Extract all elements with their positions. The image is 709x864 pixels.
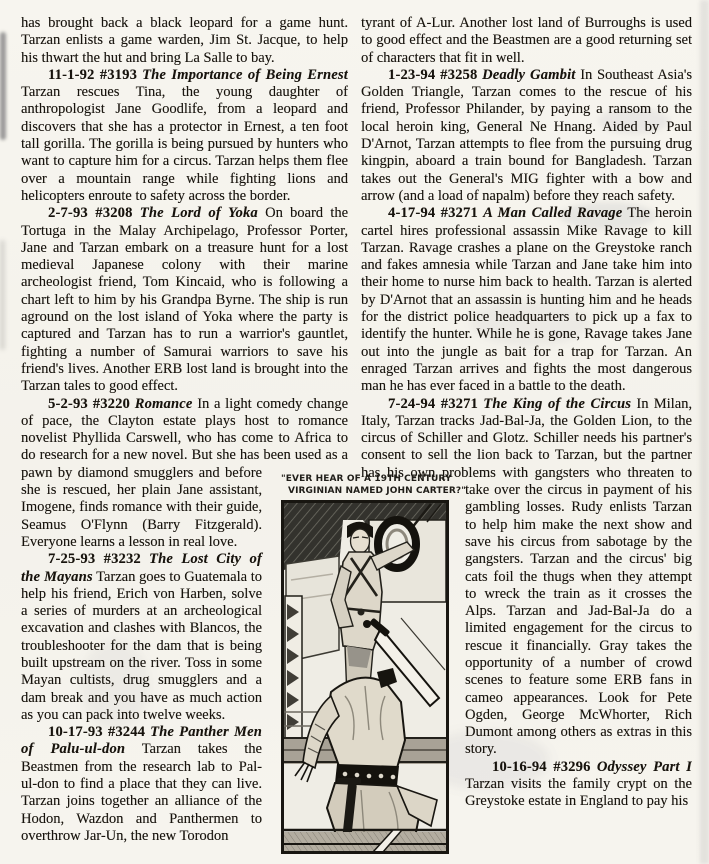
- entry-date: 7-24-94 #3271: [388, 396, 478, 412]
- entry-title: The King of the Circus: [483, 396, 631, 412]
- entry-title: The Lord of Yoka: [140, 205, 258, 221]
- continuation-paragraph: tyrant of A-Lur. Another lost land of Bu…: [361, 15, 692, 67]
- story-entry: 4-17-94 #3271 A Man Called Ravage The he…: [361, 205, 692, 395]
- entry-date: 10-16-94 #3296: [492, 759, 591, 775]
- entry-body: The heroin cartel hires professional ass…: [361, 205, 692, 394]
- entry-body: In Southeast Asia's Golden Triangle, Tar…: [361, 67, 692, 204]
- entry-date: 1-23-94 #3258: [388, 67, 477, 83]
- story-entry: 1-23-94 #3258 Deadly Gambit In Southeast…: [361, 67, 692, 205]
- scan-edge-mark: [700, 0, 709, 864]
- scan-edge-mark: [0, 32, 6, 140]
- figure-caption: "EVER HEAR OF A 19TH CENTURY VIRGINIAN N…: [281, 474, 451, 497]
- continuation-paragraph: has brought back a black leopard for a g…: [21, 15, 348, 67]
- comic-panel-illustration: [281, 500, 449, 854]
- entry-title: Romance: [135, 396, 193, 412]
- entry-title: A Man Called Ravage: [483, 205, 622, 221]
- entry-title: Deadly Gambit: [482, 67, 575, 83]
- entry-title: The Importance of Being Ernest: [142, 67, 348, 83]
- entry-body: Tarzan goes to Guatemala to help his fri…: [21, 569, 262, 723]
- entry-body: Tarzan rescues Tina, the young daughter …: [21, 84, 348, 204]
- entry-body: Tarzan visits the family crypt on the Gr…: [465, 776, 692, 809]
- entry-date: 5-2-93 #3220: [48, 396, 130, 412]
- john-carter-comic-figure: "EVER HEAR OF A 19TH CENTURY VIRGINIAN N…: [281, 474, 451, 854]
- entry-date: 7-25-93 #3232: [48, 551, 141, 567]
- entry-title: Odyssey Part I: [597, 759, 692, 775]
- story-entry: 2-7-93 #3208 The Lord of Yoka On board t…: [21, 205, 348, 395]
- story-entry: 11-1-92 #3193 The Importance of Being Er…: [21, 67, 348, 205]
- entry-body: On board the Tortuga in the Malay Archip…: [21, 205, 348, 394]
- entry-date: 11-1-92 #3193: [48, 67, 137, 83]
- entry-date: 10-17-93 #3244: [48, 724, 145, 740]
- entry-date: 4-17-94 #3271: [388, 205, 478, 221]
- figure-caption-line1: "EVER HEAR OF A 19TH CENTURY: [281, 474, 451, 486]
- scanned-newsletter-page: has brought back a black leopard for a g…: [0, 0, 709, 864]
- entry-date: 2-7-93 #3208: [48, 205, 133, 221]
- figure-caption-line2: VIRGINIAN NAMED JOHN CARTER?": [281, 486, 451, 498]
- scan-edge-mark: [0, 240, 5, 350]
